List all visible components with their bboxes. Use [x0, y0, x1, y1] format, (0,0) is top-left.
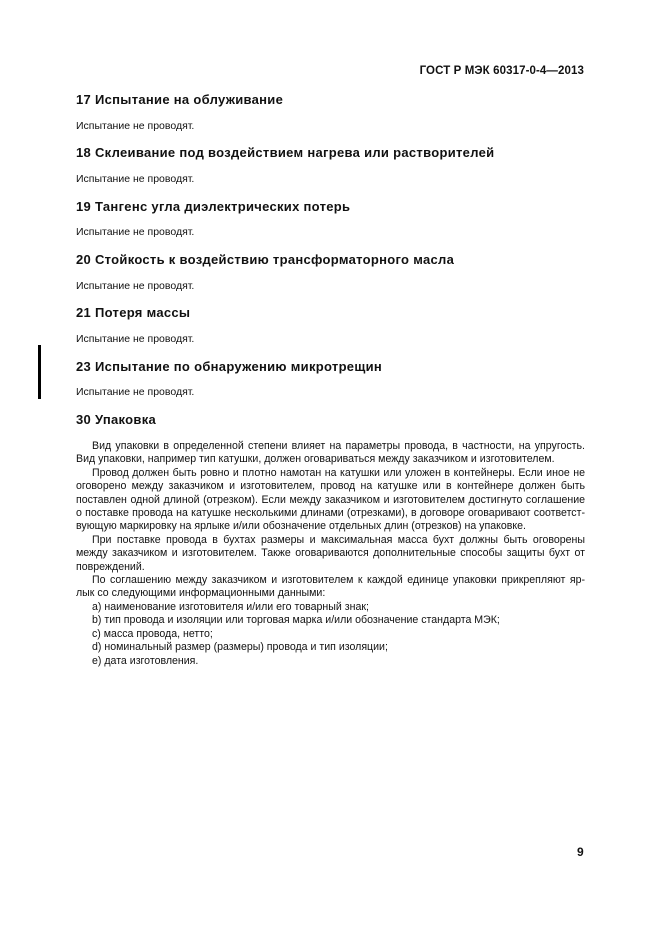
section-heading-21: 21 Потеря массы — [76, 305, 190, 320]
label-list-item: а) наименование изготовителя и/или его т… — [76, 601, 585, 614]
section-heading-19: 19 Тангенс угла диэлектрических потерь — [76, 199, 350, 214]
section-heading-20: 20 Стойкость к воздействию трансформатор… — [76, 252, 454, 267]
document-page: ГОСТ Р МЭК 60317-0-4—2013 17 Испытание н… — [0, 0, 661, 936]
section-heading-17: 17 Испытание на облуживание — [76, 92, 283, 107]
section-text-17: Испытание не проводят. — [76, 120, 194, 132]
section-heading-30: 30 Упаковка — [76, 412, 156, 427]
page-number: 9 — [577, 845, 584, 859]
section-heading-23: 23 Испытание по обнаружению микротрещин — [76, 359, 382, 374]
label-list-item: b) тип провода и изоляции или торговая м… — [76, 614, 585, 627]
label-list-item: с) масса провода, нетто; — [76, 628, 585, 641]
packaging-paragraph: При поставке провода в бухтах размеры и … — [76, 534, 585, 574]
label-list-item: d) номинальный размер (размеры) провода … — [76, 641, 585, 654]
label-list-item: е) дата изготовления. — [76, 655, 585, 668]
packaging-paragraph: Провод должен быть ровно и плотно намота… — [76, 467, 585, 534]
section-text-21: Испытание не проводят. — [76, 333, 194, 345]
revision-change-bar — [38, 345, 41, 399]
standard-code-header: ГОСТ Р МЭК 60317-0-4—2013 — [420, 65, 584, 77]
section-text-20: Испытание не проводят. — [76, 280, 194, 292]
section-heading-18: 18 Склеивание под воздействием нагрева и… — [76, 145, 494, 160]
section-text-19: Испытание не проводят. — [76, 226, 194, 238]
packaging-paragraph: По соглашению между заказчиком и изготов… — [76, 574, 585, 601]
section-text-18: Испытание не проводят. — [76, 173, 194, 185]
packaging-body: Вид упаковки в определенной степени влия… — [76, 440, 585, 668]
packaging-paragraph: Вид упаковки в определенной степени влия… — [76, 440, 585, 467]
section-text-23: Испытание не проводят. — [76, 386, 194, 398]
